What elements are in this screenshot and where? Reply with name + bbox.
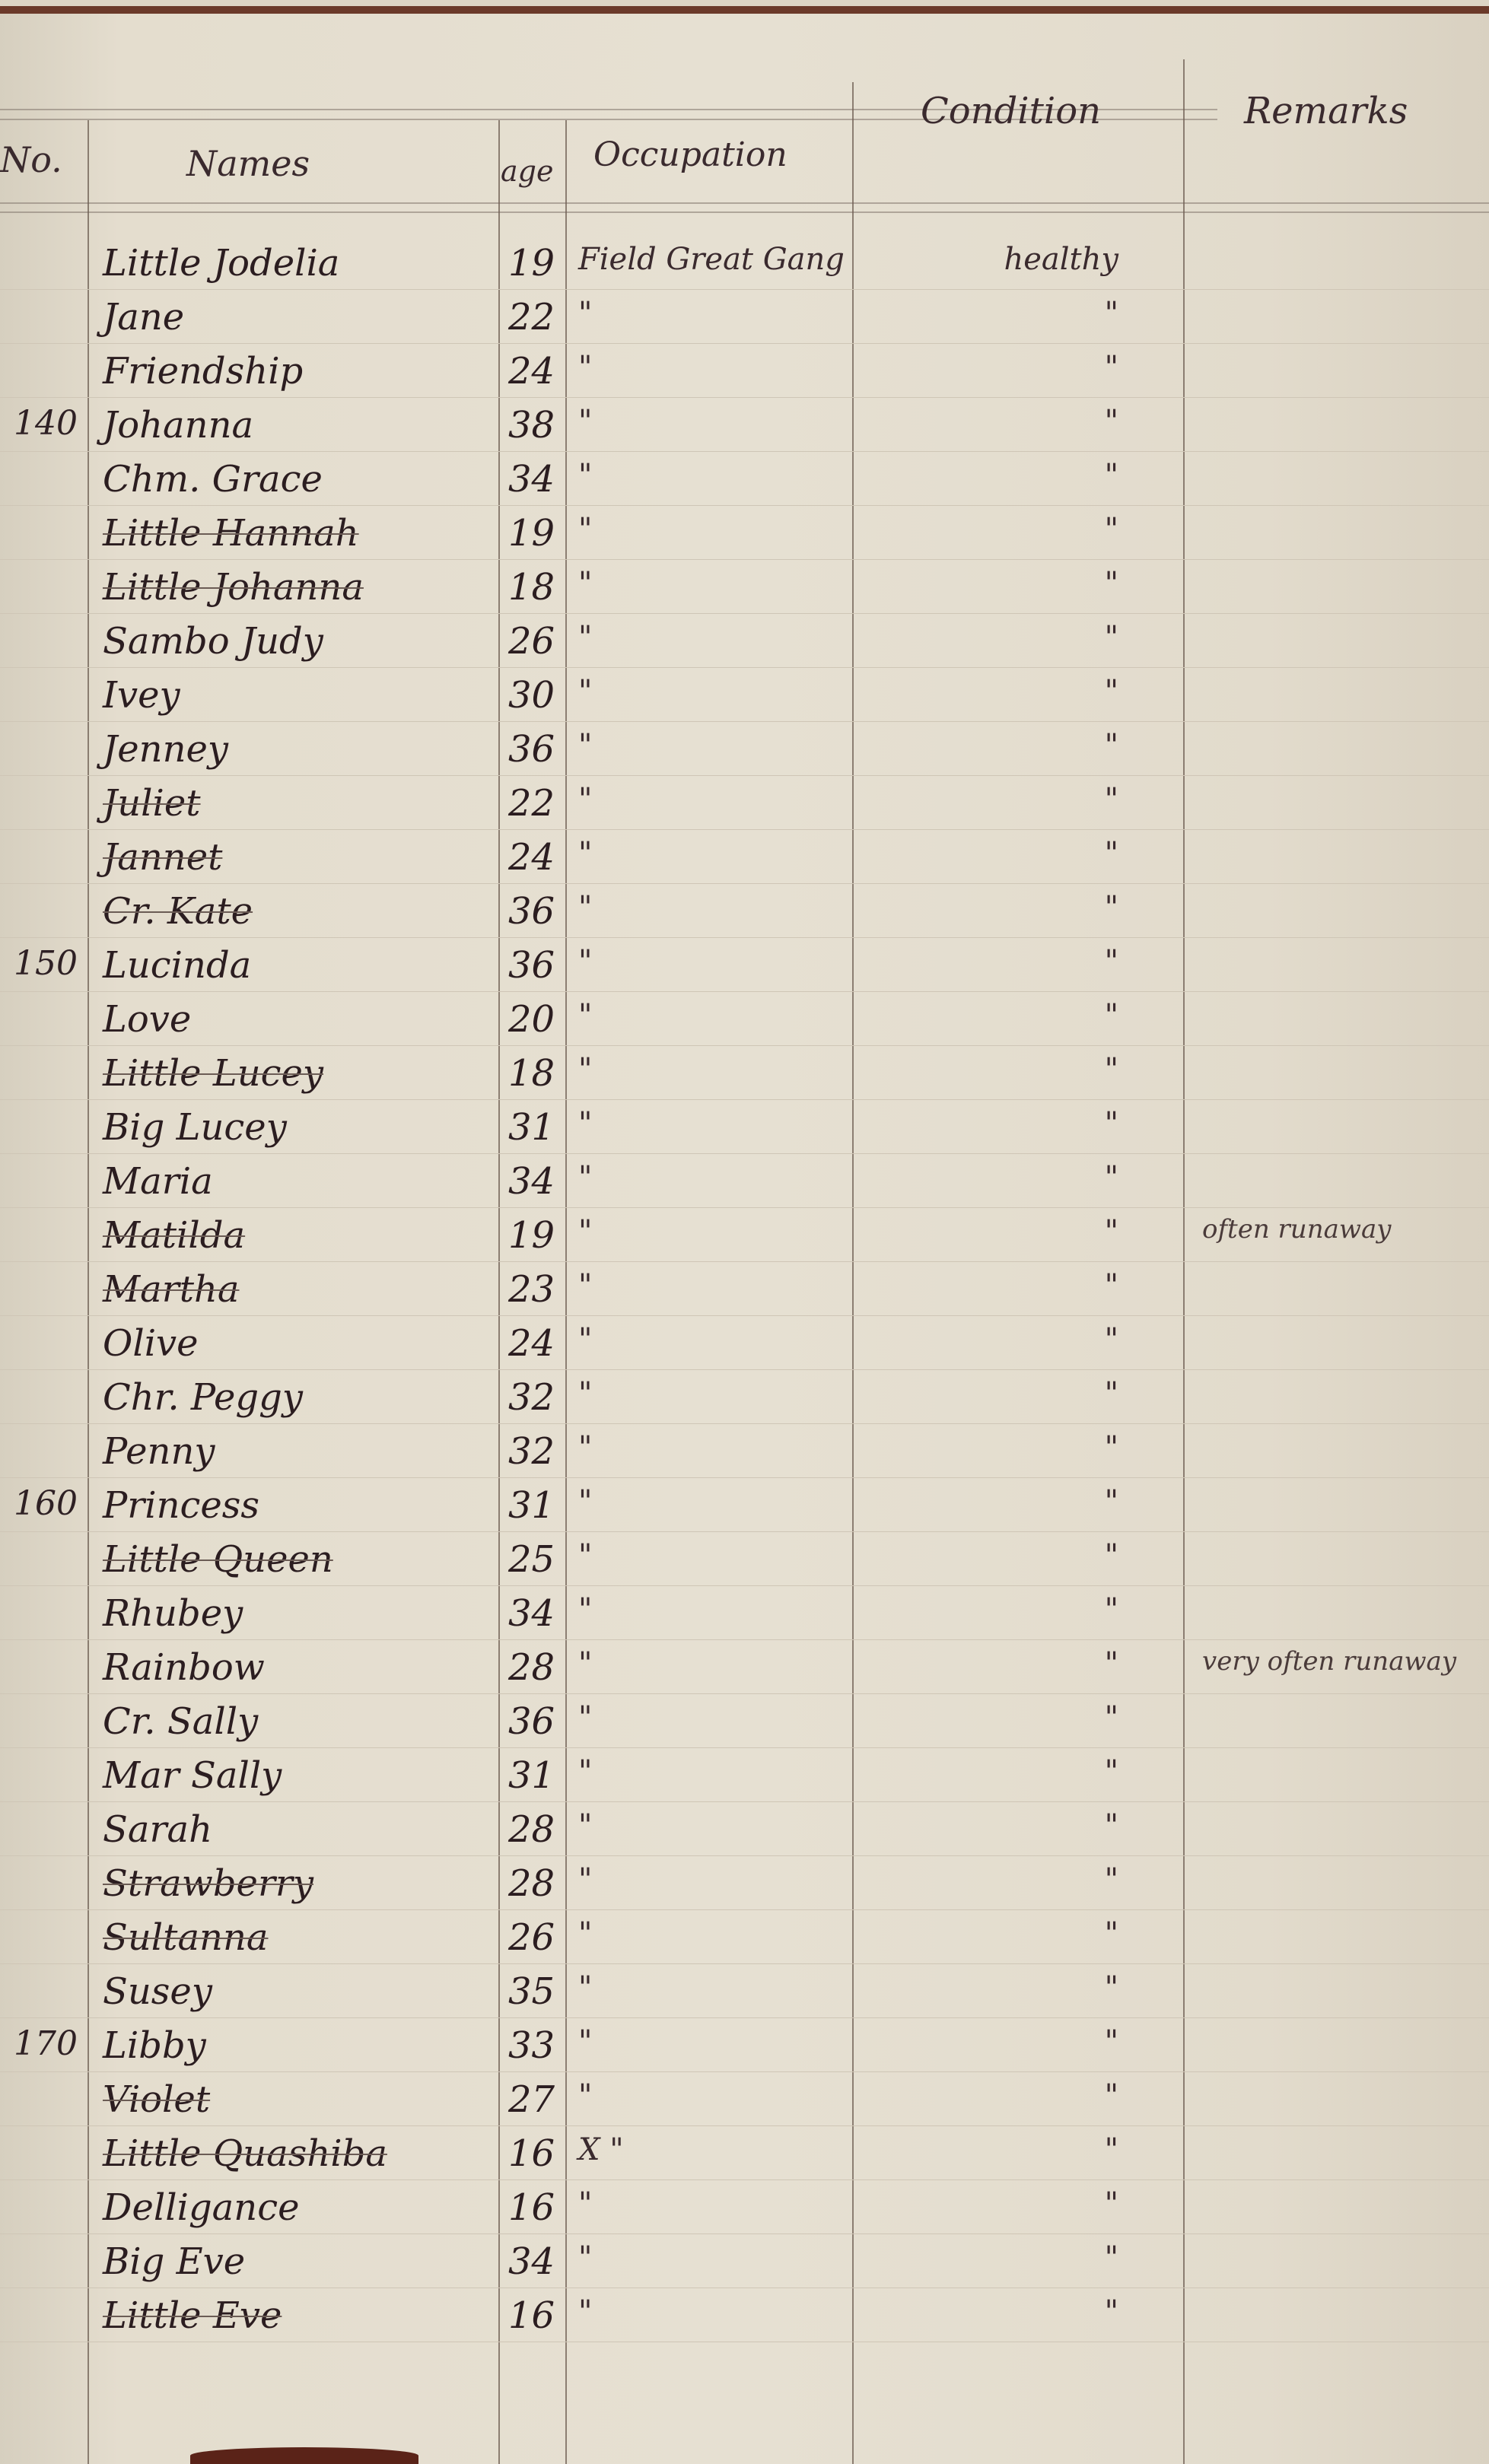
ledger-row: Rainbow28""very often runaway bbox=[0, 1646, 1489, 1702]
row-number: 160 bbox=[14, 1484, 86, 1523]
row-rule bbox=[0, 1045, 1489, 1046]
condition: " bbox=[860, 2024, 1179, 2059]
condition: " bbox=[860, 728, 1179, 763]
occupation: " bbox=[578, 296, 852, 331]
row-rule bbox=[0, 1477, 1489, 1478]
condition: " bbox=[860, 1862, 1179, 1897]
ledger-row: Little Jodelia19Field Great Ganghealthy bbox=[0, 242, 1489, 297]
row-number: 150 bbox=[14, 944, 86, 983]
condition: " bbox=[860, 1160, 1179, 1195]
condition: " bbox=[860, 620, 1179, 655]
slave-name: Jane bbox=[103, 296, 498, 339]
ledger-row: Jenney36"" bbox=[0, 728, 1489, 784]
remarks: very often runaway bbox=[1202, 1646, 1484, 1677]
ledger-row: Strawberry28"" bbox=[0, 1862, 1489, 1918]
condition: " bbox=[860, 890, 1179, 925]
occupation: " bbox=[578, 1916, 852, 1951]
ledger-row: Little Eve16"" bbox=[0, 2294, 1489, 2350]
condition: " bbox=[860, 296, 1179, 331]
occupation: " bbox=[578, 1862, 852, 1897]
age: 16 bbox=[508, 2294, 565, 2337]
ledger-row: Little Quashiba16X "" bbox=[0, 2132, 1489, 2188]
condition: " bbox=[860, 836, 1179, 871]
age: 32 bbox=[508, 1376, 565, 1419]
row-rule bbox=[0, 2179, 1489, 2180]
occupation: " bbox=[578, 620, 852, 655]
row-rule bbox=[0, 397, 1489, 398]
occupation: " bbox=[578, 1214, 852, 1249]
row-rule bbox=[0, 1423, 1489, 1424]
age: 36 bbox=[508, 890, 565, 933]
age: 36 bbox=[508, 728, 565, 771]
row-rule bbox=[0, 1315, 1489, 1316]
page-tear bbox=[190, 2447, 418, 2464]
slave-name: Little Jodelia bbox=[103, 242, 498, 285]
condition: " bbox=[860, 1052, 1179, 1087]
header-rule-bottom bbox=[0, 202, 1489, 204]
slave-name: Little Queen bbox=[103, 1538, 498, 1581]
condition: " bbox=[860, 1916, 1179, 1951]
ledger-page: No. Names age Occupation Condition Remar… bbox=[0, 6, 1489, 2464]
row-rule bbox=[0, 1261, 1489, 1262]
age: 34 bbox=[508, 2240, 565, 2283]
slave-name: Maria bbox=[103, 1160, 498, 1203]
age: 31 bbox=[508, 1754, 565, 1797]
occupation: " bbox=[578, 1754, 852, 1789]
ledger-row: Sarah28"" bbox=[0, 1808, 1489, 1864]
condition: " bbox=[860, 1538, 1179, 1573]
age: 28 bbox=[508, 1808, 565, 1851]
slave-name: Little Johanna bbox=[103, 566, 498, 609]
ledger-row: Juliet22"" bbox=[0, 782, 1489, 838]
occupation: " bbox=[578, 1160, 852, 1195]
slave-name: Love bbox=[103, 998, 498, 1041]
age: 26 bbox=[508, 1916, 565, 1959]
occupation: " bbox=[578, 1376, 852, 1411]
occupation: " bbox=[578, 458, 852, 493]
slave-name: Rainbow bbox=[103, 1646, 498, 1689]
occupation: " bbox=[578, 728, 852, 763]
occupation: " bbox=[578, 674, 852, 709]
condition: " bbox=[860, 1970, 1179, 2005]
slave-name: Martha bbox=[103, 1268, 498, 1311]
age: 28 bbox=[508, 1862, 565, 1905]
slave-name: Libby bbox=[103, 2024, 498, 2067]
occupation: " bbox=[578, 2186, 852, 2221]
row-rule bbox=[0, 505, 1489, 506]
ledger-row: Rhubey34"" bbox=[0, 1592, 1489, 1648]
slave-name: Jenney bbox=[103, 728, 498, 771]
row-rule bbox=[0, 1153, 1489, 1154]
age: 23 bbox=[508, 1268, 565, 1311]
occupation: " bbox=[578, 1646, 852, 1681]
ledger-row: Matilda19""often runaway bbox=[0, 1214, 1489, 1270]
slave-name: Mar Sally bbox=[103, 1754, 498, 1797]
row-rule bbox=[0, 2233, 1489, 2234]
ledger-row: Chm. Grace34"" bbox=[0, 458, 1489, 513]
occupation: " bbox=[578, 1484, 852, 1519]
slave-name: Johanna bbox=[103, 404, 498, 447]
row-rule bbox=[0, 991, 1489, 992]
ledger-row: Cr. Sally36"" bbox=[0, 1700, 1489, 1756]
slave-name: Cr. Sally bbox=[103, 1700, 498, 1743]
slave-name: Matilda bbox=[103, 1214, 498, 1257]
age: 31 bbox=[508, 1484, 565, 1527]
ledger-row: Mar Sally31"" bbox=[0, 1754, 1489, 1810]
slave-name: Sarah bbox=[103, 1808, 498, 1851]
occupation: " bbox=[578, 836, 852, 871]
slave-name: Sultanna bbox=[103, 1916, 498, 1959]
ledger-row: Cr. Kate36"" bbox=[0, 890, 1489, 946]
ledger-row: Friendship24"" bbox=[0, 350, 1489, 405]
ledger-row: Big Eve34"" bbox=[0, 2240, 1489, 2296]
row-rule bbox=[0, 613, 1489, 614]
slave-name: Little Quashiba bbox=[103, 2132, 498, 2175]
row-rule bbox=[0, 667, 1489, 668]
occupation: " bbox=[578, 2240, 852, 2275]
ledger-row: Sultanna26"" bbox=[0, 1916, 1489, 1972]
row-rule bbox=[0, 289, 1489, 290]
age: 35 bbox=[508, 1970, 565, 2013]
occupation: " bbox=[578, 1700, 852, 1735]
ledger-row: Olive24"" bbox=[0, 1322, 1489, 1378]
header-remarks: Remarks bbox=[1244, 90, 1408, 132]
row-rule bbox=[0, 937, 1489, 938]
ledger-row: Little Lucey18"" bbox=[0, 1052, 1489, 1108]
ledger-row: Little Queen25"" bbox=[0, 1538, 1489, 1594]
slave-name: Little Eve bbox=[103, 2294, 498, 2337]
age: 19 bbox=[508, 512, 565, 555]
ledger-row: Chr. Peggy32"" bbox=[0, 1376, 1489, 1432]
condition: " bbox=[860, 2078, 1179, 2113]
age: 24 bbox=[508, 1322, 565, 1365]
condition: " bbox=[860, 2294, 1179, 2329]
occupation: " bbox=[578, 2024, 852, 2059]
age: 32 bbox=[508, 1430, 565, 1473]
occupation: " bbox=[578, 1106, 852, 1141]
condition: " bbox=[860, 1214, 1179, 1249]
occupation: " bbox=[578, 944, 852, 979]
occupation: " bbox=[578, 1970, 852, 2005]
age: 38 bbox=[508, 404, 565, 447]
age: 16 bbox=[508, 2132, 565, 2175]
age: 31 bbox=[508, 1106, 565, 1149]
occupation: " bbox=[578, 2078, 852, 2113]
occupation: " bbox=[578, 2294, 852, 2329]
row-rule bbox=[0, 1531, 1489, 1532]
row-rule bbox=[0, 1747, 1489, 1748]
slave-name: Rhubey bbox=[103, 1592, 498, 1635]
row-rule bbox=[0, 883, 1489, 884]
occupation: " bbox=[578, 566, 852, 601]
condition: " bbox=[860, 1646, 1179, 1681]
occupation: " bbox=[578, 1430, 852, 1465]
age: 27 bbox=[508, 2078, 565, 2121]
header-name: Names bbox=[186, 143, 310, 184]
occupation: " bbox=[578, 1268, 852, 1303]
ledger-row: 170Libby33"" bbox=[0, 2024, 1489, 2080]
occupation: " bbox=[578, 890, 852, 925]
ledger-row: 150Lucinda36"" bbox=[0, 944, 1489, 1000]
remarks: often runaway bbox=[1202, 1214, 1484, 1245]
slave-name: Delligance bbox=[103, 2186, 498, 2229]
ledger-row: Maria34"" bbox=[0, 1160, 1489, 1216]
condition: " bbox=[860, 1430, 1179, 1465]
ledger-row: Violet27"" bbox=[0, 2078, 1489, 2134]
age: 36 bbox=[508, 944, 565, 987]
slave-name: Violet bbox=[103, 2078, 498, 2121]
row-rule bbox=[0, 2071, 1489, 2072]
condition: " bbox=[860, 782, 1179, 817]
condition: " bbox=[860, 1376, 1179, 1411]
row-rule bbox=[0, 775, 1489, 776]
condition: " bbox=[860, 998, 1179, 1033]
age: 34 bbox=[508, 1160, 565, 1203]
occupation: " bbox=[578, 1322, 852, 1357]
occupation: " bbox=[578, 1052, 852, 1087]
condition: " bbox=[860, 1268, 1179, 1303]
book-cover-edge bbox=[0, 6, 1489, 14]
ledger-row: Little Johanna18"" bbox=[0, 566, 1489, 622]
row-rule bbox=[0, 2017, 1489, 2018]
slave-name: Chm. Grace bbox=[103, 458, 498, 501]
age: 36 bbox=[508, 1700, 565, 1743]
occupation: X " bbox=[578, 2132, 852, 2167]
occupation: " bbox=[578, 1808, 852, 1843]
ledger-row: Penny32"" bbox=[0, 1430, 1489, 1486]
slave-name: Strawberry bbox=[103, 1862, 498, 1905]
age: 22 bbox=[508, 296, 565, 339]
ledger-row: Ivey30"" bbox=[0, 674, 1489, 730]
ledger-row: Jane22" " bbox=[0, 296, 1489, 351]
row-number: 140 bbox=[14, 404, 86, 443]
ledger-row: Little Hannah19"" bbox=[0, 512, 1489, 568]
ledger-row: Love20"" bbox=[0, 998, 1489, 1054]
age: 24 bbox=[508, 350, 565, 393]
slave-name: Friendship bbox=[103, 350, 498, 393]
slave-name: Chr. Peggy bbox=[103, 1376, 498, 1419]
slave-name: Princess bbox=[103, 1484, 498, 1527]
slave-name: Big Lucey bbox=[103, 1106, 498, 1149]
condition: " bbox=[860, 1592, 1179, 1627]
row-rule bbox=[0, 1369, 1489, 1370]
slave-name: Jannet bbox=[103, 836, 498, 879]
row-rule bbox=[0, 1855, 1489, 1856]
header-occupation: Occupation bbox=[593, 135, 787, 174]
condition: " bbox=[860, 1808, 1179, 1843]
condition: " bbox=[860, 458, 1179, 493]
condition: " bbox=[860, 1484, 1179, 1519]
condition: " bbox=[860, 1754, 1179, 1789]
age: 24 bbox=[508, 836, 565, 879]
condition: " bbox=[860, 674, 1179, 709]
occupation: " bbox=[578, 998, 852, 1033]
ledger-row: 160Princess31"" bbox=[0, 1484, 1489, 1540]
slave-name: Lucinda bbox=[103, 944, 498, 987]
age: 18 bbox=[508, 566, 565, 609]
occupation: " bbox=[578, 782, 852, 817]
age: 25 bbox=[508, 1538, 565, 1581]
age: 28 bbox=[508, 1646, 565, 1689]
age: 33 bbox=[508, 2024, 565, 2067]
row-rule bbox=[0, 1801, 1489, 1802]
slave-name: Sambo Judy bbox=[103, 620, 498, 663]
age: 20 bbox=[508, 998, 565, 1041]
age: 16 bbox=[508, 2186, 565, 2229]
row-rule bbox=[0, 1909, 1489, 1910]
row-number: 170 bbox=[14, 2024, 86, 2063]
occupation: " bbox=[578, 350, 852, 385]
header-rule-bottom-2 bbox=[0, 211, 1489, 213]
ledger-row: Jannet24"" bbox=[0, 836, 1489, 892]
slave-name: Olive bbox=[103, 1322, 498, 1365]
condition: " bbox=[860, 350, 1179, 385]
age: 18 bbox=[508, 1052, 565, 1095]
slave-name: Ivey bbox=[103, 674, 498, 717]
row-rule bbox=[0, 1963, 1489, 1964]
condition: " bbox=[860, 944, 1179, 979]
occupation: " bbox=[578, 404, 852, 439]
occupation: " bbox=[578, 1592, 852, 1627]
ledger-row: 140Johanna38"" bbox=[0, 404, 1489, 459]
occupation: " bbox=[578, 512, 852, 547]
condition: " bbox=[860, 2186, 1179, 2221]
header-condition: Condition bbox=[921, 90, 1101, 132]
row-rule bbox=[0, 2342, 1489, 2342]
age: 30 bbox=[508, 674, 565, 717]
row-rule bbox=[0, 2288, 1489, 2288]
condition: " bbox=[860, 2240, 1179, 2275]
row-rule bbox=[0, 451, 1489, 452]
age: 34 bbox=[508, 458, 565, 501]
ledger-row: Delligance16"" bbox=[0, 2186, 1489, 2242]
age: 26 bbox=[508, 620, 565, 663]
slave-name: Juliet bbox=[103, 782, 498, 825]
ledger-row: Big Lucey31"" bbox=[0, 1106, 1489, 1162]
row-rule bbox=[0, 1639, 1489, 1640]
age: 19 bbox=[508, 242, 565, 285]
condition: healthy bbox=[860, 242, 1179, 277]
slave-name: Susey bbox=[103, 1970, 498, 2013]
ledger-row: Martha23"" bbox=[0, 1268, 1489, 1324]
condition: " bbox=[860, 2132, 1179, 2167]
row-rule bbox=[0, 559, 1489, 560]
ledger-row: Susey35"" bbox=[0, 1970, 1489, 2026]
condition: " bbox=[860, 512, 1179, 547]
row-rule bbox=[0, 1585, 1489, 1586]
slave-name: Cr. Kate bbox=[103, 890, 498, 933]
row-rule bbox=[0, 1693, 1489, 1694]
header-number: No. bbox=[0, 139, 62, 180]
row-rule bbox=[0, 1207, 1489, 1208]
row-rule bbox=[0, 2125, 1489, 2126]
condition: " bbox=[860, 1106, 1179, 1141]
slave-name: Big Eve bbox=[103, 2240, 498, 2283]
row-rule bbox=[0, 829, 1489, 830]
condition: " bbox=[860, 404, 1179, 439]
occupation: Field Great Gang bbox=[578, 242, 852, 277]
condition: " bbox=[860, 1700, 1179, 1735]
slave-name: Little Hannah bbox=[103, 512, 498, 555]
occupation: " bbox=[578, 1538, 852, 1573]
ledger-row: Sambo Judy26"" bbox=[0, 620, 1489, 676]
slave-name: Little Lucey bbox=[103, 1052, 498, 1095]
age: 19 bbox=[508, 1214, 565, 1257]
age: 34 bbox=[508, 1592, 565, 1635]
condition: " bbox=[860, 1322, 1179, 1357]
slave-name: Penny bbox=[103, 1430, 498, 1473]
row-rule bbox=[0, 721, 1489, 722]
condition: " bbox=[860, 566, 1179, 601]
row-rule bbox=[0, 343, 1489, 344]
row-rule bbox=[0, 1099, 1489, 1100]
header-age: age bbox=[501, 154, 553, 188]
age: 22 bbox=[508, 782, 565, 825]
